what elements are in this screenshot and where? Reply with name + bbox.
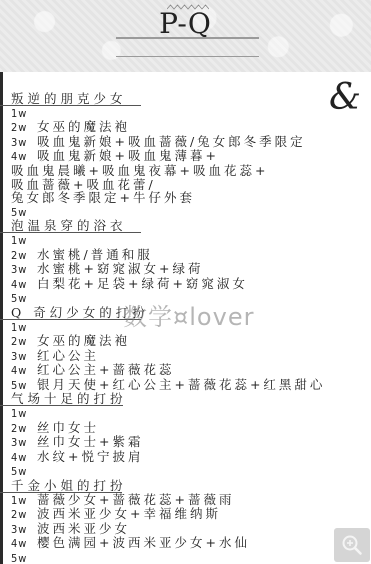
week-label: 5w (11, 552, 37, 564)
week-label: 3w (11, 350, 37, 364)
outfit-combination: 波西米亚少女 (37, 521, 130, 536)
outfit-combination: 水纹+悦宁披肩 (37, 449, 143, 464)
week-label: 4w (11, 364, 37, 378)
week-label: 3w (11, 523, 37, 537)
week-line: 2w女巫的魔法袍 (11, 120, 371, 135)
title-rule-top (116, 37, 259, 39)
week-line: 3w水蜜桃+窈窕淑女+绿荷 (11, 262, 371, 277)
week-line: 3w红心公主 (11, 349, 371, 364)
outfit-combination: 女巫的魔法袍 (37, 333, 130, 348)
outfit-combination: 水蜜桃+窈窕淑女+绿荷 (37, 261, 203, 276)
week-line: 吸血蔷薇+吸血花蕾/ (11, 178, 371, 192)
week-line: 2w丝巾女士 (11, 421, 371, 436)
week-line: 5w (11, 464, 371, 479)
week-line: 1w (11, 406, 371, 421)
article-image-page: P-Q & 叛逆的朋克少女1w2w女巫的魔法袍3w吸血鬼新娘+吸血蔷薇/兔女郎冬… (0, 0, 371, 564)
section-header: 叛逆的朋克少女 (11, 92, 371, 106)
week-line: 4w白梨花+足袋+绿荷+窈窕淑女 (11, 277, 371, 292)
week-label: 5w (11, 379, 37, 393)
week-line: 2w女巫的魔法袍 (11, 334, 371, 349)
outfit-combination: 丝巾女士 (37, 420, 99, 435)
week-label: 4w (11, 150, 37, 164)
section-header: 气场十足的打扮 (11, 392, 371, 406)
outfit-combination: 红心公主 (37, 348, 99, 363)
header-banner: P-Q (0, 0, 371, 72)
week-label: 2w (11, 508, 37, 522)
guide-content: 叛逆的朋克少女1w2w女巫的魔法袍3w吸血鬼新娘+吸血蔷薇/兔女郎冬季限定4w吸… (11, 92, 371, 564)
week-label: 1w (11, 494, 37, 508)
week-line: 兔女郎冬季限定+牛仔外套 (11, 191, 371, 205)
outfit-combination: 蔷薇少女+蔷薇花蕊+蔷薇雨 (37, 492, 234, 507)
week-line: 1w (11, 233, 371, 248)
section-underline (0, 405, 123, 406)
section-title: 千金小姐的打扮 (11, 479, 127, 493)
week-label: 3w (11, 136, 37, 150)
section-underline (0, 319, 141, 320)
outfit-combination: 红心公主+蔷薇花蕊 (37, 362, 174, 377)
section-title: 气场十足的打扮 (11, 392, 127, 406)
week-label: 3w (11, 436, 37, 450)
outfit-combination: 丝巾女士+紫霜 (37, 434, 143, 449)
outfit-combination: 女巫的魔法袍 (37, 119, 130, 134)
week-line: 5w (11, 551, 371, 564)
week-label: 2w (11, 249, 37, 263)
title-rule-bottom (116, 56, 259, 57)
outfit-combination: 兔女郎冬季限定+牛仔外套 (11, 190, 195, 205)
week-line: 3w波西米亚少女 (11, 522, 371, 537)
week-label: 3w (11, 263, 37, 277)
week-label: 2w (11, 422, 37, 436)
zoom-in-icon (341, 534, 363, 556)
section-header: Q 奇幻少女的打扮 (11, 306, 371, 320)
week-line: 1w (11, 320, 371, 335)
week-label: 2w (11, 335, 37, 349)
week-label: 4w (11, 537, 37, 551)
week-line: 3w吸血鬼新娘+吸血蔷薇/兔女郎冬季限定 (11, 135, 371, 150)
outfit-combination: 银月天使+红心公主+蔷薇花蕊+红黑甜心 (37, 377, 325, 392)
outfit-combination: 水蜜桃/普通和服 (37, 247, 153, 262)
week-line: 2w水蜜桃/普通和服 (11, 248, 371, 263)
week-line: 4w樱色满园+波西米亚少女+水仙 (11, 536, 371, 551)
outfit-combination: 白梨花+足袋+绿荷+窈窕淑女 (37, 276, 248, 291)
page-title: P-Q (0, 8, 371, 40)
section-title: 泡温泉穿的浴衣 (11, 219, 127, 233)
week-label: 5w (11, 292, 37, 306)
week-label: 1w (11, 321, 37, 335)
section-header: 泡温泉穿的浴衣 (11, 219, 371, 233)
week-line: 1w (11, 106, 371, 121)
section-header: 千金小姐的打扮 (11, 479, 371, 493)
section-underline (0, 232, 141, 233)
section-underline (0, 492, 122, 493)
week-label: 4w (11, 451, 37, 465)
week-label: 5w (11, 206, 37, 220)
week-line: 2w波西米亚少女+幸福维纳斯 (11, 507, 371, 522)
week-line: 5w (11, 291, 371, 306)
outfit-combination: 樱色满园+波西米亚少女+水仙 (37, 535, 250, 550)
week-line: 1w蔷薇少女+蔷薇花蕊+蔷薇雨 (11, 493, 371, 508)
week-line: 4w红心公主+蔷薇花蕊 (11, 363, 371, 378)
zoom-button[interactable] (334, 528, 370, 562)
outfit-combination: 波西米亚少女+幸福维纳斯 (37, 506, 221, 521)
week-label: 1w (11, 107, 37, 121)
week-label: 4w (11, 278, 37, 292)
week-line: 3w丝巾女士+紫霜 (11, 435, 371, 450)
week-line: 4w水纹+悦宁披肩 (11, 450, 371, 465)
outfit-combination: 吸血鬼新娘+吸血鬼薄暮+ (37, 148, 219, 163)
week-line: 5w (11, 205, 371, 220)
week-label: 5w (11, 465, 37, 479)
week-label: 2w (11, 121, 37, 135)
week-line: 吸血鬼晨曦+吸血鬼夜幕+吸血花蕊+ (11, 164, 371, 178)
section-title: 叛逆的朋克少女 (11, 92, 127, 106)
section-underline (0, 105, 141, 106)
section-title: Q 奇幻少女的打扮 (11, 306, 149, 320)
week-label: 1w (11, 234, 37, 248)
outfit-combination: 吸血鬼新娘+吸血蔷薇/兔女郎冬季限定 (37, 134, 306, 149)
week-line: 5w银月天使+红心公主+蔷薇花蕊+红黑甜心 (11, 378, 371, 393)
week-line: 4w吸血鬼新娘+吸血鬼薄暮+ (11, 149, 371, 164)
week-label: 1w (11, 407, 37, 421)
